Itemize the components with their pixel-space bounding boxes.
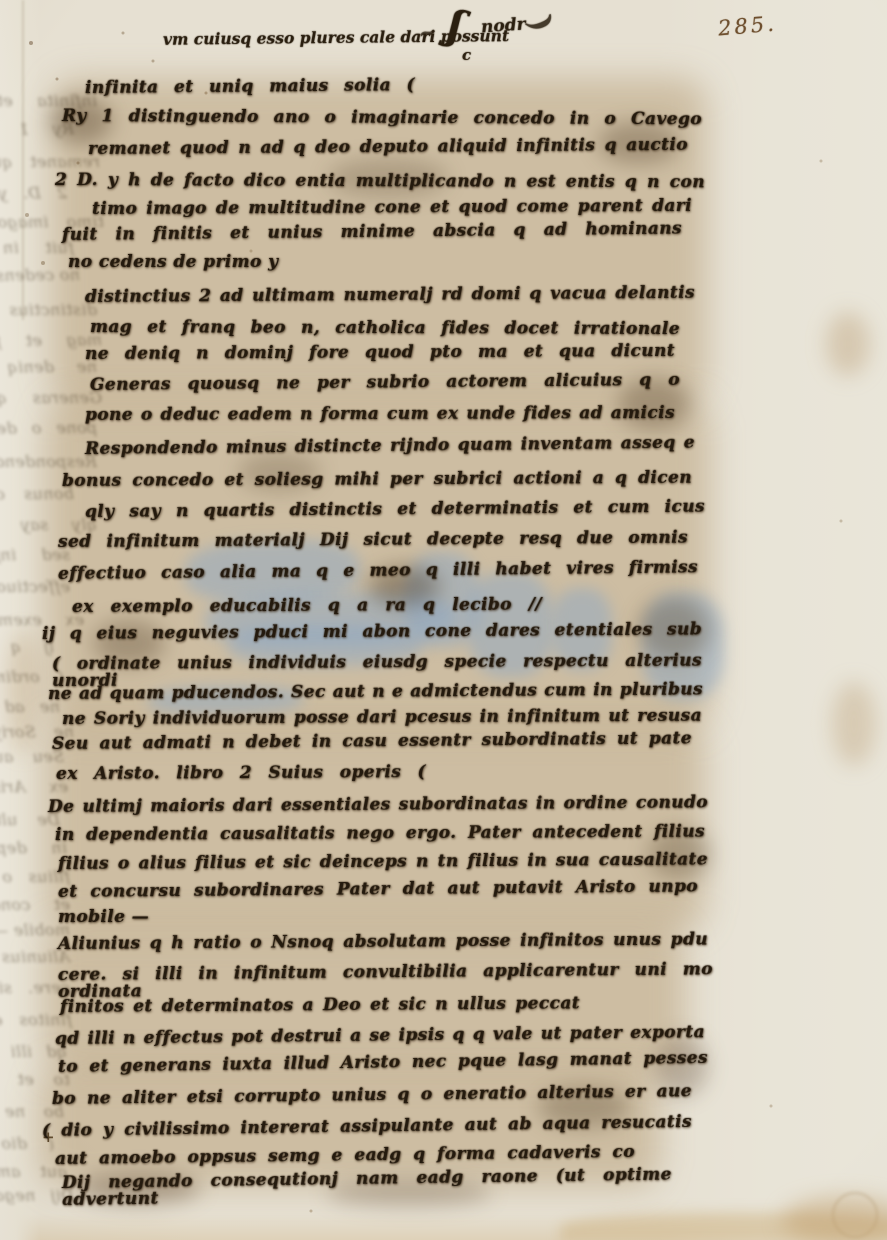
bleedthrough-line: ne deniq n dominj fore quod pto ma et qu… bbox=[0, 359, 97, 378]
header-drop-mark: c bbox=[462, 46, 471, 64]
foxing-specks bbox=[0, 0, 2, 2]
bleedthrough-line: distinctius 2 ad ultimam numeralj rd dom… bbox=[0, 302, 97, 320]
text-line: sed infinitum materialj Dij sicut decept… bbox=[58, 530, 688, 551]
ink-stain bbox=[832, 682, 876, 766]
bleedthrough-line: Respondendo minus distincte rijndo quam … bbox=[0, 454, 97, 470]
text-line: ex exemplo educabilis q a ra q lecibo // bbox=[72, 597, 542, 616]
text-line: ne ad quam pducendos. Sec aut n e admict… bbox=[48, 681, 703, 703]
header-tail-curve-mark: ) bbox=[522, 8, 559, 39]
text-line: De ultimj maioris dari essentiales subor… bbox=[48, 794, 708, 816]
folio-number: 285. bbox=[717, 11, 778, 40]
text-line: timo imago de multitudine cone et quod c… bbox=[92, 198, 692, 218]
ink-stain bbox=[782, 1196, 887, 1240]
ink-stain bbox=[826, 312, 870, 376]
text-line: ij q eius neguvies pduci mi abon cone da… bbox=[42, 621, 702, 643]
text-line: infinita et uniq maius solia ( bbox=[85, 77, 415, 97]
text-line: finitos et determinatos a Deo et sic n u… bbox=[60, 995, 580, 1016]
text-line: Dij negando consequtionj nam eadg raone … bbox=[62, 1166, 672, 1209]
text-line: ex Aristo. libro 2 Suius operis ( bbox=[56, 764, 426, 783]
text-line: no cedens de primo y bbox=[68, 254, 278, 271]
text-line: pone o deduc eadem n forma cum ex unde f… bbox=[85, 405, 675, 424]
manuscript-page: vm cuiusq esso plures cale dari possunt … bbox=[0, 0, 887, 1240]
text-line: remanet quod n ad q deo deputo aliquid i… bbox=[88, 137, 688, 158]
text-line: bonus concedo et soliesg mihi per subric… bbox=[62, 470, 692, 490]
text-line: mag et franq beo n, catholica fides doce… bbox=[90, 319, 680, 338]
bleedthrough-line: pone o deduc eadem n forma cum ex unde f… bbox=[0, 420, 97, 440]
text-line: 2 D. y h de facto dico entia multiplican… bbox=[55, 172, 705, 191]
text-line: mobile — bbox=[58, 909, 149, 926]
text-line: ne deniq n dominj fore quod pto ma et qu… bbox=[85, 343, 675, 363]
text-line: ne Soriy individuorum posse dari pcesus … bbox=[62, 708, 702, 728]
text-line: in dependentia causalitatis nego ergo. P… bbox=[55, 824, 705, 844]
text-line: filius o alius filius et sic deinceps n … bbox=[58, 851, 708, 873]
text-line: distinctius 2 ad ultimam numeralj rd dom… bbox=[85, 285, 695, 306]
text-line: Ry 1 distinguendo ano o imaginarie conce… bbox=[62, 108, 702, 128]
header-flourish-word: nodr bbox=[480, 14, 526, 37]
text-line: Aliunius q h ratio o Nsnoq absolutam pos… bbox=[58, 931, 708, 953]
